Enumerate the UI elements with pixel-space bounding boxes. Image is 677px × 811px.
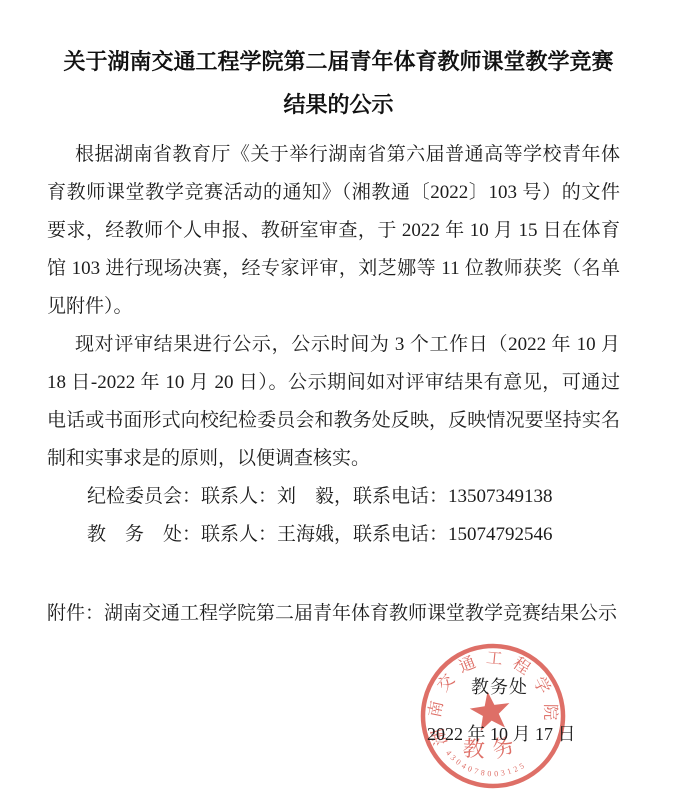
contact-line-academic-affairs: 教 务 处：联系人：王海娥，联系电话：15074792546 (47, 516, 620, 554)
contact-line-discipline-committee: 纪检委员会：联系人：刘 毅，联系电话：13507349138 (47, 478, 620, 516)
document-title: 关于湖南交通工程学院第二届青年体育教师课堂教学竞赛 结果的公示 (0, 40, 677, 126)
attachment-line: 附件：湖南交通工程学院第二届青年体育教师课堂教学竞赛结果公示 (47, 595, 647, 633)
title-line-1: 关于湖南交通工程学院第二届青年体育教师课堂教学竞赛 (0, 40, 677, 83)
document-body: 根据湖南省教育厅《关于举行湖南省第六届普通高等学校青年体育教师课堂教学竞赛活动的… (47, 136, 620, 554)
title-line-2: 结果的公示 (0, 83, 677, 126)
signature-date: 2022 年 10 月 17 日 (427, 725, 576, 744)
document-page: 关于湖南交通工程学院第二届青年体育教师课堂教学竞赛 结果的公示 根据湖南省教育厅… (0, 0, 677, 811)
official-seal: 湖南交通工程学院 教务处 4304078003125 (418, 641, 568, 791)
signature-department: 教务处 (471, 678, 528, 697)
paragraph-2: 现对评审结果进行公示，公示时间为 3 个工作日（2022 年 10 月 18 日… (47, 326, 620, 478)
paragraph-1: 根据湖南省教育厅《关于举行湖南省第六届普通高等学校青年体育教师课堂教学竞赛活动的… (47, 136, 620, 326)
